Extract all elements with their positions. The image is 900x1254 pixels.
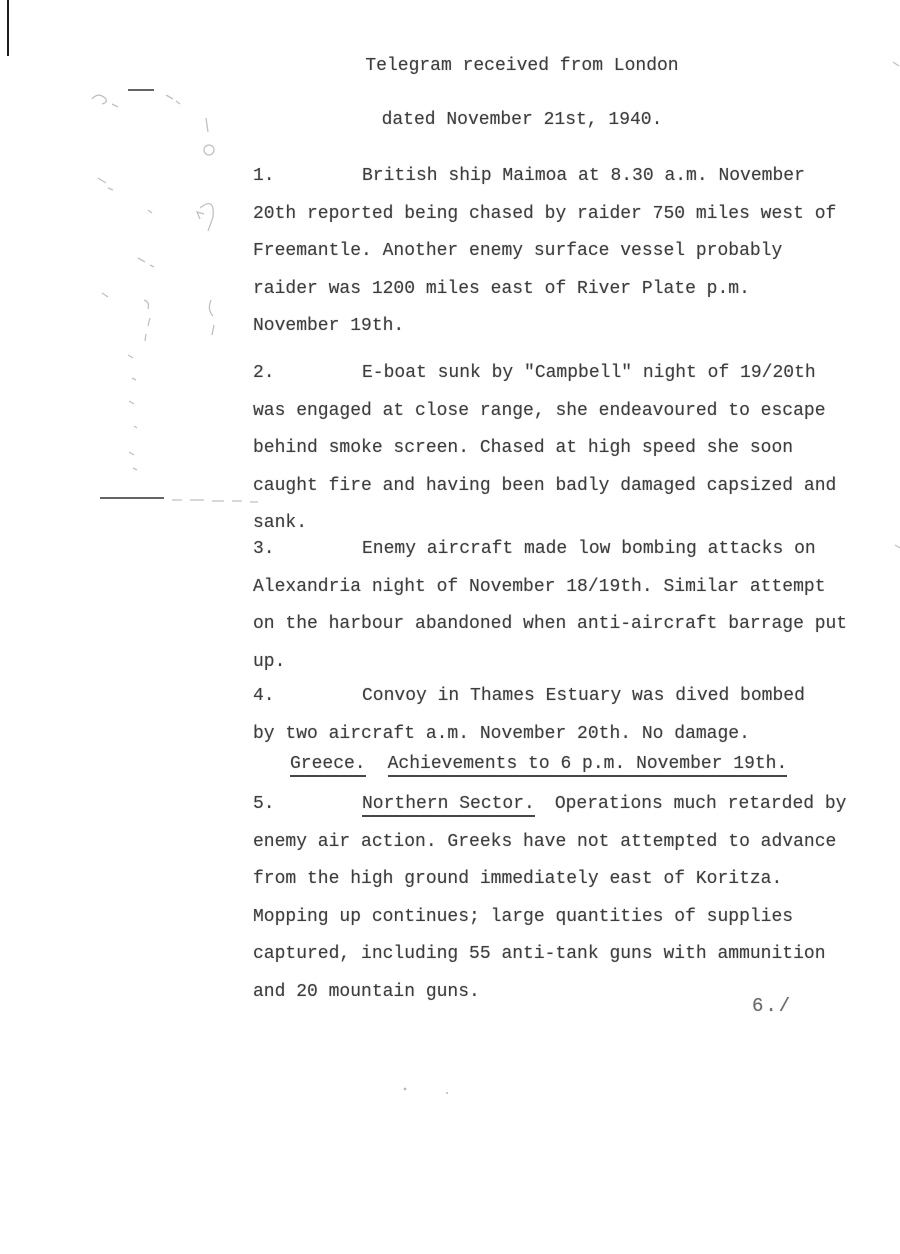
paragraph-line: 20th reported being chased by raider 750…: [253, 196, 836, 234]
greece-heading-country: Greece.: [290, 754, 366, 777]
greece-heading-subtitle: Achievements to 6 p.m. November 19th.: [388, 754, 788, 777]
paragraph-4: 4.Convoy in Thames Estuary was dived bom…: [253, 678, 805, 753]
paragraph-5: 5.Northern Sector.Operations much retard…: [253, 786, 846, 1012]
document-title: Telegram received from London: [225, 48, 819, 86]
paragraph-line: Freemantle. Another enemy surface vessel…: [253, 233, 836, 271]
paragraph-line: Alexandria night of November 18/19th. Si…: [253, 569, 847, 607]
document-date-line: dated November 21st, 1940.: [225, 102, 819, 140]
paragraph-number: 1.: [253, 158, 362, 196]
paragraph-text: Convoy in Thames Estuary was dived bombe…: [362, 686, 805, 706]
paragraph-line: enemy air action. Greeks have not attemp…: [253, 824, 846, 862]
paragraph-line: was engaged at close range, she endeavou…: [253, 393, 836, 431]
paragraph-line: caught fire and having been badly damage…: [253, 468, 836, 506]
northern-sector-label: Northern Sector.: [362, 794, 535, 817]
paragraph-line: from the high ground immediately east of…: [253, 861, 846, 899]
paragraph-line: on the harbour abandoned when anti-aircr…: [253, 606, 847, 644]
paragraph-line: November 19th.: [253, 308, 836, 346]
paragraph-text: British ship Maimoa at 8.30 a.m. Novembe…: [362, 166, 805, 186]
paragraph-number: 2.: [253, 355, 362, 393]
document-header: Telegram received from London dated Nove…: [225, 48, 819, 139]
paragraph-line: captured, including 55 anti-tank guns wi…: [253, 936, 846, 974]
paragraph-1: 1.British ship Maimoa at 8.30 a.m. Novem…: [253, 158, 836, 346]
paragraph-line: 1.British ship Maimoa at 8.30 a.m. Novem…: [253, 158, 836, 196]
paragraph-line: behind smoke screen. Chased at high spee…: [253, 430, 836, 468]
paragraph-number: 4.: [253, 678, 362, 716]
page-continuation-mark: 6./: [752, 995, 792, 1017]
paragraph-line: up.: [253, 644, 847, 682]
paragraph-text: E-boat sunk by "Campbell" night of 19/20…: [362, 363, 816, 383]
telegram-document-page: Telegram received from London dated Nove…: [0, 0, 900, 1254]
paragraph-text: Enemy aircraft made low bombing attacks …: [362, 539, 816, 559]
paragraph-line: Mopping up continues; large quantities o…: [253, 899, 846, 937]
paragraph-number: 3.: [253, 531, 362, 569]
paragraph-line: 3.Enemy aircraft made low bombing attack…: [253, 531, 847, 569]
paragraph-3: 3.Enemy aircraft made low bombing attack…: [253, 531, 847, 681]
paragraph-line: raider was 1200 miles east of River Plat…: [253, 271, 836, 309]
paragraph-line: 4.Convoy in Thames Estuary was dived bom…: [253, 678, 805, 716]
scan-edge-line: [7, 0, 9, 56]
paragraph-text: Operations much retarded by: [555, 794, 847, 814]
paragraph-line: 5.Northern Sector.Operations much retard…: [253, 786, 846, 824]
paragraph-2: 2.E-boat sunk by "Campbell" night of 19/…: [253, 355, 836, 543]
paragraph-number: 5.: [253, 786, 362, 824]
greece-section-heading: Greece.Achievements to 6 p.m. November 1…: [253, 746, 787, 784]
paragraph-line: 2.E-boat sunk by "Campbell" night of 19/…: [253, 355, 836, 393]
